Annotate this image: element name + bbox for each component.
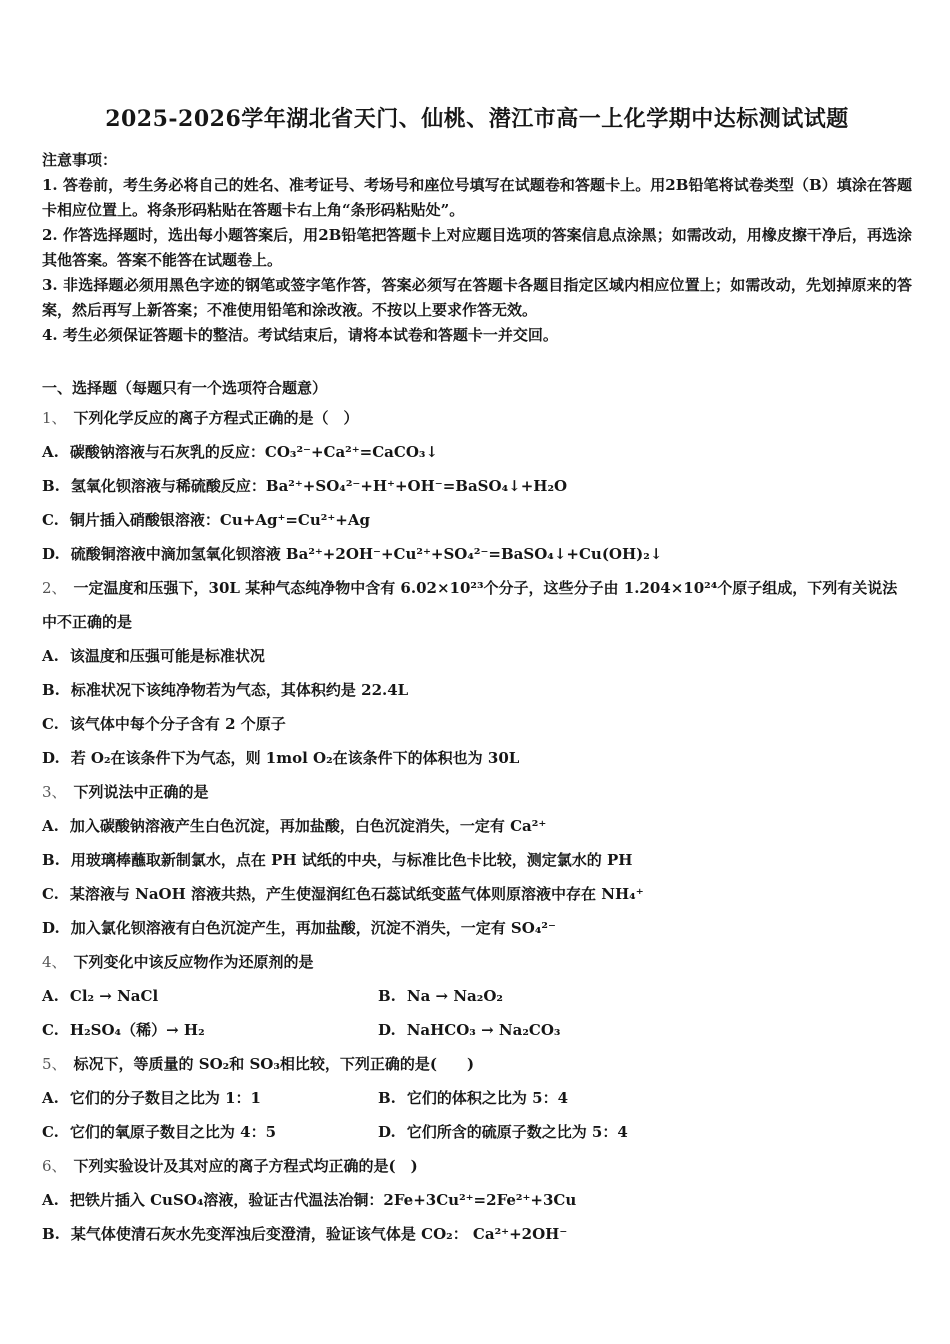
option-label: C. xyxy=(42,885,59,903)
question-3: 3、下列说法中正确的是 A.加入碳酸钠溶液产生白色沉淀，再加盐酸，白色沉淀消失，… xyxy=(42,775,912,945)
option-text: 该气体中每个分子含有 2 个原子 xyxy=(70,715,286,733)
option-label: B. xyxy=(42,477,60,495)
option-text: 标准状况下该纯净物若为气态，其体积约是 22.4L xyxy=(71,681,408,699)
q3-option-a: A.加入碳酸钠溶液产生白色沉淀，再加盐酸，白色沉淀消失，一定有 Ca²⁺ xyxy=(42,809,912,843)
q1-option-b: B.氢氧化钡溶液与稀硫酸反应：Ba²⁺+SO₄²⁻+H⁺+OH⁻=BaSO₄↓+… xyxy=(42,469,912,503)
q3-option-d: D.加入氯化钡溶液有白色沉淀产生，再加盐酸，沉淀不消失，一定有 SO₄²⁻ xyxy=(42,911,912,945)
option-text: 硫酸铜溶液中滴加氢氧化钡溶液 Ba²⁺+2OH⁻+Cu²⁺+SO₄²⁻=BaSO… xyxy=(71,545,663,563)
option-label: D. xyxy=(378,1123,396,1141)
question-3-stem-line: 3、下列说法中正确的是 xyxy=(42,775,912,809)
option-label: B. xyxy=(42,851,60,869)
option-text: 若 O₂在该条件下为气态，则 1mol O₂在该条件下的体积也为 30L xyxy=(71,749,520,767)
option-label: A. xyxy=(42,1191,59,1209)
option-text: NaHCO₃ → Na₂CO₃ xyxy=(407,1021,561,1039)
option-text: 氢氧化钡溶液与稀硫酸反应：Ba²⁺+SO₄²⁻+H⁺+OH⁻=BaSO₄↓+H₂… xyxy=(71,477,567,495)
question-number: 1、 xyxy=(42,409,67,427)
question-stem: 下列变化中该反应物作为还原剂的是 xyxy=(74,953,314,971)
notice-item-1: 1. 答卷前，考生务必将自己的姓名、准考证号、考场号和座位号填写在试题卷和答题卡… xyxy=(42,173,912,223)
q5-option-b: B.它们的体积之比为 5：4 xyxy=(378,1081,912,1115)
q4-option-a: A.Cl₂ → NaCl xyxy=(42,979,378,1013)
option-label: D. xyxy=(378,1021,396,1039)
question-1-stem-line: 1、下列化学反应的离子方程式正确的是（ ） xyxy=(42,401,912,435)
option-label: C. xyxy=(42,511,59,529)
q4-options-grid: A.Cl₂ → NaCl B.Na → Na₂O₂ C.H₂SO₄（稀）→ H₂… xyxy=(42,979,912,1047)
option-text: 它们的氧原子数目之比为 4：5 xyxy=(70,1123,276,1141)
notice-item-4: 4. 考生必须保证答题卡的整洁。考试结束后，请将本试卷和答题卡一并交回。 xyxy=(42,323,912,348)
question-stem: 下列说法中正确的是 xyxy=(74,783,209,801)
q5-option-d: D.它们所含的硫原子数之比为 5：4 xyxy=(378,1115,912,1149)
option-label: B. xyxy=(378,1089,396,1107)
q4-option-b: B.Na → Na₂O₂ xyxy=(378,979,912,1013)
q5-option-a: A.它们的分子数目之比为 1：1 xyxy=(42,1081,378,1115)
option-label: B. xyxy=(42,1225,60,1243)
option-label: C. xyxy=(42,1123,59,1141)
option-text: 用玻璃棒蘸取新制氯水，点在 PH 试纸的中央，与标准比色卡比较，测定氯水的 PH xyxy=(71,851,633,869)
option-label: A. xyxy=(42,443,59,461)
notice-item-3: 3. 非选择题必须用黑色字迹的钢笔或签字笔作答，答案必须写在答题卡各题目指定区域… xyxy=(42,273,912,323)
q4-option-c: C.H₂SO₄（稀）→ H₂ xyxy=(42,1013,378,1047)
page-title: 2025-2026学年湖北省天门、仙桃、潜江市高一上化学期中达标测试试题 xyxy=(42,104,912,134)
question-6: 6、下列实验设计及其对应的离子方程式均正确的是( ) A.把铁片插入 CuSO₄… xyxy=(42,1149,912,1251)
q6-option-b: B.某气体使清石灰水先变浑浊后变澄清，验证该气体是 CO₂： Ca²⁺+2OH⁻ xyxy=(42,1217,912,1251)
option-label: D. xyxy=(42,919,60,937)
q1-option-c: C.铜片插入硝酸银溶液：Cu+Ag⁺=Cu²⁺+Ag xyxy=(42,503,912,537)
option-label: C. xyxy=(42,715,59,733)
option-label: D. xyxy=(42,749,60,767)
option-text: Cl₂ → NaCl xyxy=(70,987,158,1005)
question-stem: 标况下，等质量的 SO₂和 SO₃相比较，下列正确的是( ) xyxy=(74,1055,475,1073)
option-text: Na → Na₂O₂ xyxy=(407,987,503,1005)
question-number: 5、 xyxy=(42,1055,67,1073)
q4-option-d: D.NaHCO₃ → Na₂CO₃ xyxy=(378,1013,912,1047)
notice-section: 注意事项： 1. 答卷前，考生务必将自己的姓名、准考证号、考场号和座位号填写在试… xyxy=(42,148,912,348)
question-number: 2、 xyxy=(42,579,67,597)
option-text: 某气体使清石灰水先变浑浊后变澄清，验证该气体是 CO₂： Ca²⁺+2OH⁻ xyxy=(71,1225,567,1243)
option-label: C. xyxy=(42,1021,59,1039)
question-4-stem-line: 4、下列变化中该反应物作为还原剂的是 xyxy=(42,945,912,979)
question-1: 1、下列化学反应的离子方程式正确的是（ ） A.碳酸钠溶液与石灰乳的反应：CO₃… xyxy=(42,401,912,571)
option-text: 碳酸钠溶液与石灰乳的反应：CO₃²⁻+Ca²⁺=CaCO₃↓ xyxy=(70,443,438,461)
section-heading-choice: 一、选择题（每题只有一个选项符合题意） xyxy=(42,376,912,401)
q2-option-d: D.若 O₂在该条件下为气态，则 1mol O₂在该条件下的体积也为 30L xyxy=(42,741,912,775)
option-text: 把铁片插入 CuSO₄溶液，验证古代温法冶铜：2Fe+3Cu²⁺=2Fe²⁺+3… xyxy=(70,1191,576,1209)
q5-option-c: C.它们的氧原子数目之比为 4：5 xyxy=(42,1115,378,1149)
q5-options-grid: A.它们的分子数目之比为 1：1 B.它们的体积之比为 5：4 C.它们的氧原子… xyxy=(42,1081,912,1149)
option-text: 它们的体积之比为 5：4 xyxy=(407,1089,568,1107)
q2-option-b: B.标准状况下该纯净物若为气态，其体积约是 22.4L xyxy=(42,673,912,707)
exam-paper-page: 2025-2026学年湖北省天门、仙桃、潜江市高一上化学期中达标测试试题 注意事… xyxy=(0,0,950,1344)
option-text: H₂SO₄（稀）→ H₂ xyxy=(70,1021,205,1039)
option-text: 它们的分子数目之比为 1：1 xyxy=(70,1089,261,1107)
question-5: 5、标况下，等质量的 SO₂和 SO₃相比较，下列正确的是( ) A.它们的分子… xyxy=(42,1047,912,1149)
option-label: A. xyxy=(42,817,59,835)
question-4: 4、下列变化中该反应物作为还原剂的是 A.Cl₂ → NaCl B.Na → N… xyxy=(42,945,912,1047)
question-2: 2、一定温度和压强下，30L 某种气态纯净物中含有 6.02×10²³个分子，这… xyxy=(42,571,912,775)
option-text: 加入氯化钡溶液有白色沉淀产生，再加盐酸，沉淀不消失，一定有 SO₄²⁻ xyxy=(71,919,556,937)
option-text: 某溶液与 NaOH 溶液共热，产生使湿润红色石蕊试纸变蓝气体则原溶液中存在 NH… xyxy=(70,885,644,903)
question-number: 6、 xyxy=(42,1157,67,1175)
question-stem: 下列实验设计及其对应的离子方程式均正确的是( ) xyxy=(74,1157,418,1175)
question-number: 3、 xyxy=(42,783,67,801)
option-text: 加入碳酸钠溶液产生白色沉淀，再加盐酸，白色沉淀消失，一定有 Ca²⁺ xyxy=(70,817,546,835)
q3-option-b: B.用玻璃棒蘸取新制氯水，点在 PH 试纸的中央，与标准比色卡比较，测定氯水的 … xyxy=(42,843,912,877)
question-stem: 下列化学反应的离子方程式正确的是（ ） xyxy=(74,409,359,427)
question-5-stem-line: 5、标况下，等质量的 SO₂和 SO₃相比较，下列正确的是( ) xyxy=(42,1047,912,1081)
option-label: A. xyxy=(42,647,59,665)
question-number: 4、 xyxy=(42,953,67,971)
q6-option-a: A.把铁片插入 CuSO₄溶液，验证古代温法冶铜：2Fe+3Cu²⁺=2Fe²⁺… xyxy=(42,1183,912,1217)
question-2-stem-line: 2、一定温度和压强下，30L 某种气态纯净物中含有 6.02×10²³个分子，这… xyxy=(42,571,912,639)
option-label: A. xyxy=(42,1089,59,1107)
notice-item-2: 2. 作答选择题时，选出每小题答案后，用2B铅笔把答题卡上对应题目选项的答案信息… xyxy=(42,223,912,273)
option-label: D. xyxy=(42,545,60,563)
notice-heading: 注意事项： xyxy=(42,148,912,173)
question-6-stem-line: 6、下列实验设计及其对应的离子方程式均正确的是( ) xyxy=(42,1149,912,1183)
option-text: 铜片插入硝酸银溶液：Cu+Ag⁺=Cu²⁺+Ag xyxy=(70,511,370,529)
question-stem: 一定温度和压强下，30L 某种气态纯净物中含有 6.02×10²³个分子，这些分… xyxy=(42,579,897,631)
option-label: B. xyxy=(378,987,396,1005)
q1-option-d: D.硫酸铜溶液中滴加氢氧化钡溶液 Ba²⁺+2OH⁻+Cu²⁺+SO₄²⁻=Ba… xyxy=(42,537,912,571)
q2-option-a: A.该温度和压强可能是标准状况 xyxy=(42,639,912,673)
option-label: B. xyxy=(42,681,60,699)
q3-option-c: C.某溶液与 NaOH 溶液共热，产生使湿润红色石蕊试纸变蓝气体则原溶液中存在 … xyxy=(42,877,912,911)
option-text: 该温度和压强可能是标准状况 xyxy=(70,647,265,665)
q2-option-c: C.该气体中每个分子含有 2 个原子 xyxy=(42,707,912,741)
q1-option-a: A.碳酸钠溶液与石灰乳的反应：CO₃²⁻+Ca²⁺=CaCO₃↓ xyxy=(42,435,912,469)
option-text: 它们所含的硫原子数之比为 5：4 xyxy=(407,1123,628,1141)
option-label: A. xyxy=(42,987,59,1005)
